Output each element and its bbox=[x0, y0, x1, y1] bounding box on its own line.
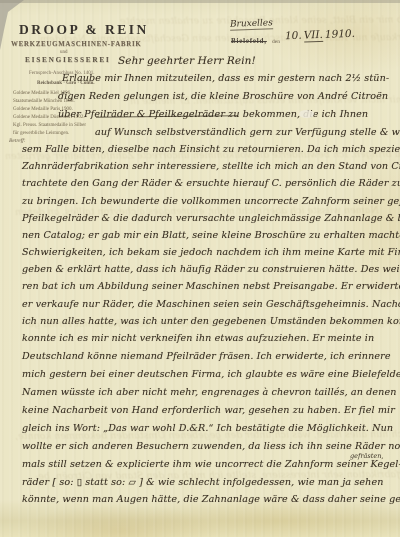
printed-city-struck: Bielefeld, bbox=[231, 37, 267, 45]
body-line: er verkaufe nur Räder, die Maschinen sei… bbox=[22, 299, 400, 310]
body-line: ren bat ich um Abbildung seiner Maschine… bbox=[22, 281, 400, 292]
body-line: Schwierigkeiten, ich bekam sie jedoch na… bbox=[22, 247, 400, 258]
body-line: gleich ins Wort: „Das war wohl D.&R.“ Ic… bbox=[22, 423, 393, 434]
printed-den-label: den bbox=[272, 39, 280, 45]
date-month: VII. bbox=[304, 29, 324, 43]
body-line: Namen wüsste ich aber nicht mehr, engren… bbox=[22, 387, 397, 398]
body-line: mals still setzen & explicierte ihm wie … bbox=[22, 459, 400, 470]
body-line: räder [ so: ▯ statt so: ▱ ] & wie schlec… bbox=[22, 477, 384, 488]
body-line: Erlaube mir Ihnen mitzuteilen, dass es m… bbox=[62, 73, 389, 84]
body-line: über Pfeilräder & Pfeilkegelräder zu bek… bbox=[58, 109, 368, 120]
body-line: Pfeilkegelräder & die dadurch verursacht… bbox=[22, 213, 400, 224]
body-line: zu bringen. Ich bewunderte die vollkomme… bbox=[22, 196, 400, 207]
body-line: trachtete den Gang der Räder & ersuchte … bbox=[22, 178, 400, 189]
body-line: ich nun alles hatte, was ich unter den g… bbox=[22, 316, 400, 327]
body-line: digen Reden gelungen ist, die kleine Bro… bbox=[58, 91, 388, 102]
company-subtitle-foundry: EISENGIESSEREI bbox=[25, 56, 111, 64]
correction-fluid-spot bbox=[299, 110, 314, 118]
interline-insert-word: gefrästen, bbox=[350, 452, 383, 460]
body-line: Deutschland könne niemand Pfeilräder frä… bbox=[22, 351, 391, 362]
body-line: konnte ich es mir nicht verkneifen ihn e… bbox=[22, 333, 374, 344]
body-line: auf Wunsch selbstverständlich gern zur V… bbox=[95, 127, 400, 138]
body-line: keine Nacharbeit von Hand erforderlich w… bbox=[22, 405, 395, 416]
body-line: sem Falle bitten, dieselbe nach Einsicht… bbox=[22, 144, 400, 155]
handwritten-date: 10.VII.1910. bbox=[285, 28, 355, 42]
medal-line: Kgl. Preuss. Staatsmedaille in Silber bbox=[13, 122, 86, 130]
company-subtitle-factory: WERKZEUGMASCHINEN-FABRIK bbox=[11, 41, 141, 48]
body-line: wollte er sich anderen Besuchern zuwende… bbox=[22, 441, 400, 452]
page-edge-shadow bbox=[0, 0, 400, 3]
date-year: 1910. bbox=[325, 28, 355, 41]
handwritten-city: Bruxelles bbox=[230, 18, 273, 30]
company-name: DROOP & REIN bbox=[19, 22, 149, 38]
body-line: Zahnräderfabrikation sehr interessiere, … bbox=[22, 161, 400, 172]
body-line: mich gestern bei einer deutschen Firma, … bbox=[22, 369, 400, 380]
salutation: Sehr geehrter Herr Rein! bbox=[118, 55, 256, 67]
body-line: geben & erklärt hatte, dass ich häufig R… bbox=[22, 264, 400, 275]
date-day: 10. bbox=[285, 30, 302, 43]
company-subtitle-und: und bbox=[60, 50, 68, 55]
letter-scan-page: nen Catalog; er gab mir ein Blatt, seine… bbox=[0, 0, 400, 537]
body-line: nen Catalog; er gab mir ein Blatt, seine… bbox=[22, 230, 400, 241]
medal-line: für gewerbliche Leistungen. bbox=[13, 130, 86, 138]
body-line: könnte, wenn man Augen hätte, die Zahnan… bbox=[22, 494, 400, 505]
